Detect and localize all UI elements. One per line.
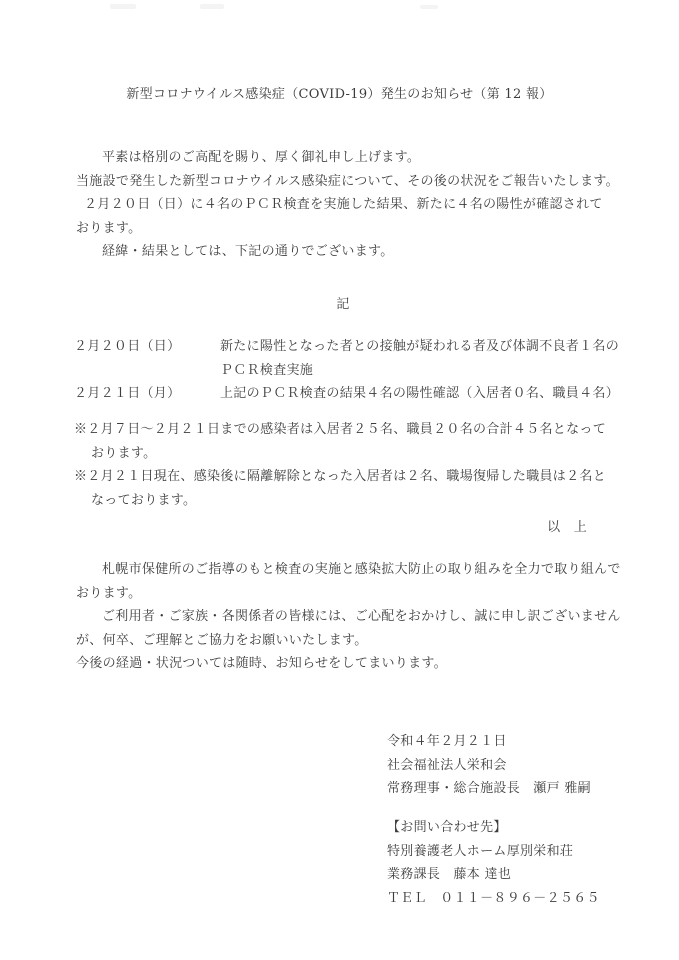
contact-block: 【お問い合わせ先】 特別養護老人ホーム厚別栄和荘 業務課長 藤本 達也 ＴＥＬ … <box>387 816 600 910</box>
record-entry-description-line: ＰＣＲ検査実施 <box>220 359 619 383</box>
contact-person: 業務課長 藤本 達也 <box>387 863 600 887</box>
outro-line: が、何卒、ご理解とご協力をお願いいたします。 <box>76 629 616 653</box>
closing-row: 以 上 <box>547 516 587 540</box>
outro-paragraphs: 札幌市保健所のご指導のもと検査の実施と感染拡大防止の取り組みを全力で取り組んで … <box>76 558 616 676</box>
intro-paragraphs: 平素は格別のご高配を賜り、厚く御礼申し上げます。 当施設で発生した新型コロナウイ… <box>76 146 616 264</box>
record-entry: ２月２０日（日） 新たに陽性となった者との接触が疑われる者及び体調不良者１名の … <box>74 335 619 382</box>
intro-line: ２月２０日（日）に４名のＰＣＲ検査を実施した結果、新たに４名の陽性が確認されて <box>76 193 616 217</box>
note-line: ※２月２１日現在、感染後に隔離解除となった入居者は２名、職場復帰した職員は２名と <box>74 465 619 489</box>
record-heading: 記 <box>336 297 349 312</box>
note-line: おります。 <box>74 442 619 466</box>
contact-heading: 【お問い合わせ先】 <box>387 816 600 840</box>
scan-artifact <box>110 4 136 9</box>
intro-line: 経緯・結果としては、下記の通りでございます。 <box>76 240 616 264</box>
intro-line: おります。 <box>76 217 616 241</box>
closing-text: 以 上 <box>547 520 587 535</box>
record-entry-description-line: 新たに陽性となった者との接触が疑われる者及び体調不良者１名の <box>220 335 619 359</box>
record-entry-description: 新たに陽性となった者との接触が疑われる者及び体調不良者１名の ＰＣＲ検査実施 <box>220 335 619 382</box>
intro-line: 当施設で発生した新型コロナウイルス感染症について、その後の状況をご報告いたします… <box>76 170 616 194</box>
scan-artifact <box>200 4 224 9</box>
note-line: なっております。 <box>74 489 619 513</box>
record-entry-date: ２月２０日（日） <box>74 335 220 359</box>
signature-signer: 常務理事・総合施設長 瀬戸 雅嗣 <box>387 777 591 801</box>
record-entry-description: 上記のＰＣＲ検査の結果４名の陽性確認（入居者０名、職員４名） <box>220 382 619 406</box>
contact-facility: 特別養護老人ホーム厚別栄和荘 <box>387 840 600 864</box>
signature-organization: 社会福祉法人栄和会 <box>387 754 591 778</box>
outro-line: 今後の経過・状況ついては随時、お知らせをしてまいります。 <box>76 652 616 676</box>
record-heading-row: 記 <box>76 293 610 317</box>
outro-line: ご利用者・ご家族・各関係者の皆様には、ご心配をおかけし、誠に申し訳ございません <box>76 605 616 629</box>
signature-date: 令和４年２月２１日 <box>387 730 591 754</box>
document-page: 新型コロナウイルス感染症（COVID-19）発生のお知らせ（第 12 報） 平素… <box>0 0 679 960</box>
contact-tel: ＴＥＬ ０１１－８９６－２５６５ <box>387 887 600 911</box>
scan-artifact <box>420 5 438 9</box>
outro-line: 札幌市保健所のご指導のもと検査の実施と感染拡大防止の取り組みを全力で取り組んで <box>76 558 616 582</box>
record-entry-description-line: 上記のＰＣＲ検査の結果４名の陽性確認（入居者０名、職員４名） <box>220 382 619 406</box>
record-section: ２月２０日（日） 新たに陽性となった者との接触が疑われる者及び体調不良者１名の … <box>74 335 619 406</box>
record-entry: ２月２１日（月） 上記のＰＣＲ検査の結果４名の陽性確認（入居者０名、職員４名） <box>74 382 619 406</box>
notes-section: ※２月７日～２月２１日までの感染者は入居者２５名、職員２０名の合計４５名となって… <box>74 418 619 512</box>
note-line: ※２月７日～２月２１日までの感染者は入居者２５名、職員２０名の合計４５名となって <box>74 418 619 442</box>
intro-line: 平素は格別のご高配を賜り、厚く御礼申し上げます。 <box>76 146 616 170</box>
signature-block: 令和４年２月２１日 社会福祉法人栄和会 常務理事・総合施設長 瀬戸 雅嗣 <box>387 730 591 801</box>
record-entry-date: ２月２１日（月） <box>74 382 220 406</box>
document-title: 新型コロナウイルス感染症（COVID-19）発生のお知らせ（第 12 報） <box>126 87 552 102</box>
outro-line: おります。 <box>76 582 616 606</box>
document-title-row: 新型コロナウイルス感染症（COVID-19）発生のお知らせ（第 12 報） <box>0 83 679 107</box>
